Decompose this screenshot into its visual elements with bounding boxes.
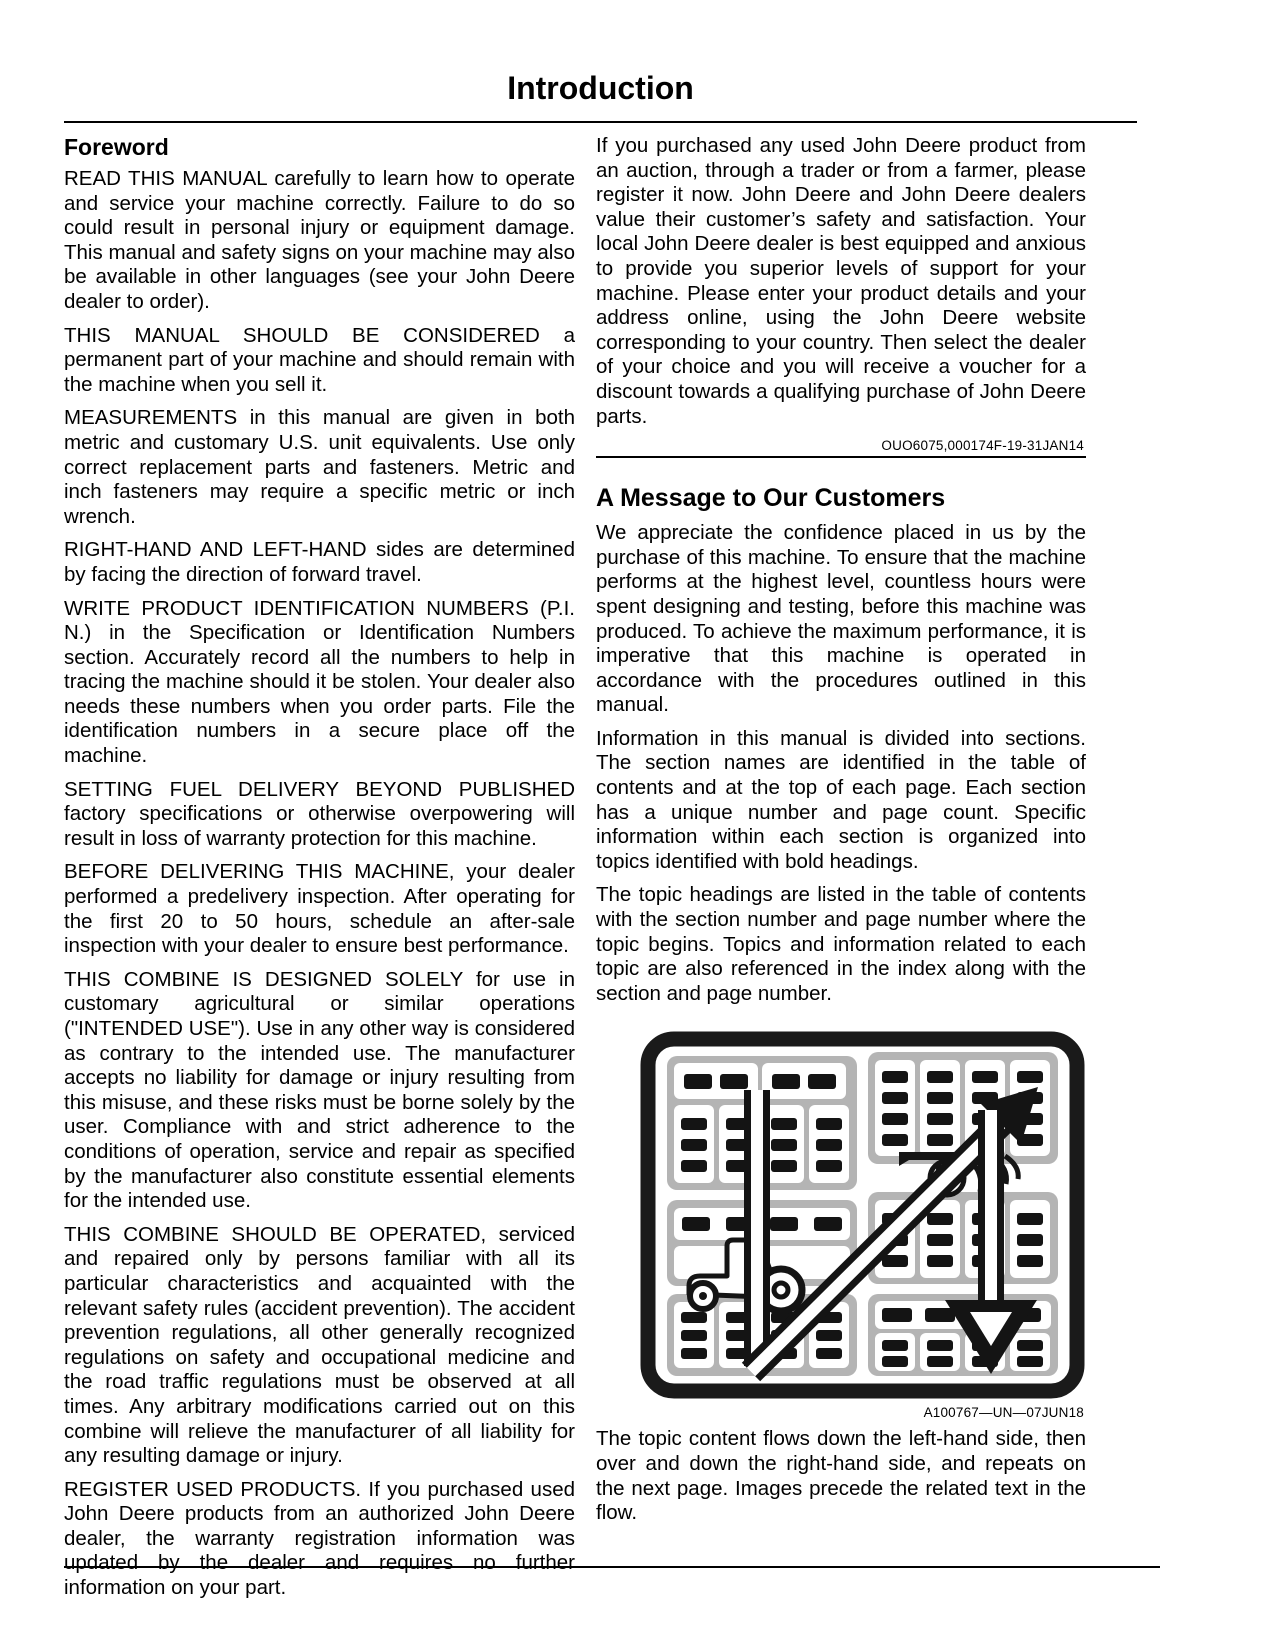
foreword-paragraph: MEASUREMENTS in this manual are given in… — [64, 406, 575, 529]
foreword-paragraph: REGISTER USED PRODUCTS. If you purchased… — [64, 1478, 575, 1601]
foreword-continuation-paragraph: If you purchased any used John Deere pro… — [596, 134, 1086, 429]
message-paragraph: Information in this manual is divided in… — [596, 727, 1086, 875]
foreword-heading: Foreword — [64, 134, 575, 161]
reference-code: OUO6075,000174F-19-31JAN14 — [596, 438, 1084, 453]
message-paragraph: The topic headings are listed in the tab… — [596, 883, 1086, 1006]
foreword-paragraph: THIS COMBINE IS DESIGNED SOLELY for use … — [64, 968, 575, 1214]
left-column: Foreword READ THIS MANUAL carefully to l… — [64, 134, 575, 1610]
foreword-paragraph: SETTING FUEL DELIVERY BEYOND PUBLISHED f… — [64, 778, 575, 852]
right-column: If you purchased any used John Deere pro… — [596, 134, 1086, 1610]
message-heading: A Message to Our Customers — [596, 484, 1086, 513]
page-flow-figure — [639, 1030, 1086, 1400]
two-column-layout: Foreword READ THIS MANUAL carefully to l… — [64, 134, 1086, 1610]
foreword-paragraph: BEFORE DELIVERING THIS MACHINE, your dea… — [64, 860, 575, 958]
footer-rule — [64, 1566, 1160, 1568]
page-title: Introduction — [64, 70, 1137, 107]
foreword-paragraph: THIS COMBINE SHOULD BE OPERATED, service… — [64, 1223, 575, 1469]
foreword-paragraph: WRITE PRODUCT IDENTIFICATION NUMBERS (P.… — [64, 597, 575, 769]
figure-caption-code: A100767—UN—07JUN18 — [596, 1405, 1084, 1420]
figure-description-paragraph: The topic content flows down the left-ha… — [596, 1427, 1086, 1525]
header-rule — [64, 121, 1137, 123]
foreword-paragraph: READ THIS MANUAL carefully to learn how … — [64, 167, 575, 315]
page-flow-illustration — [639, 1030, 1086, 1400]
foreword-paragraph: THIS MANUAL SHOULD BE CONSIDERED a perma… — [64, 324, 575, 398]
foreword-paragraph: RIGHT-HAND AND LEFT-HAND sides are deter… — [64, 538, 575, 587]
message-paragraph: We appreciate the confidence placed in u… — [596, 521, 1086, 718]
section-divider-rule — [596, 456, 1086, 458]
